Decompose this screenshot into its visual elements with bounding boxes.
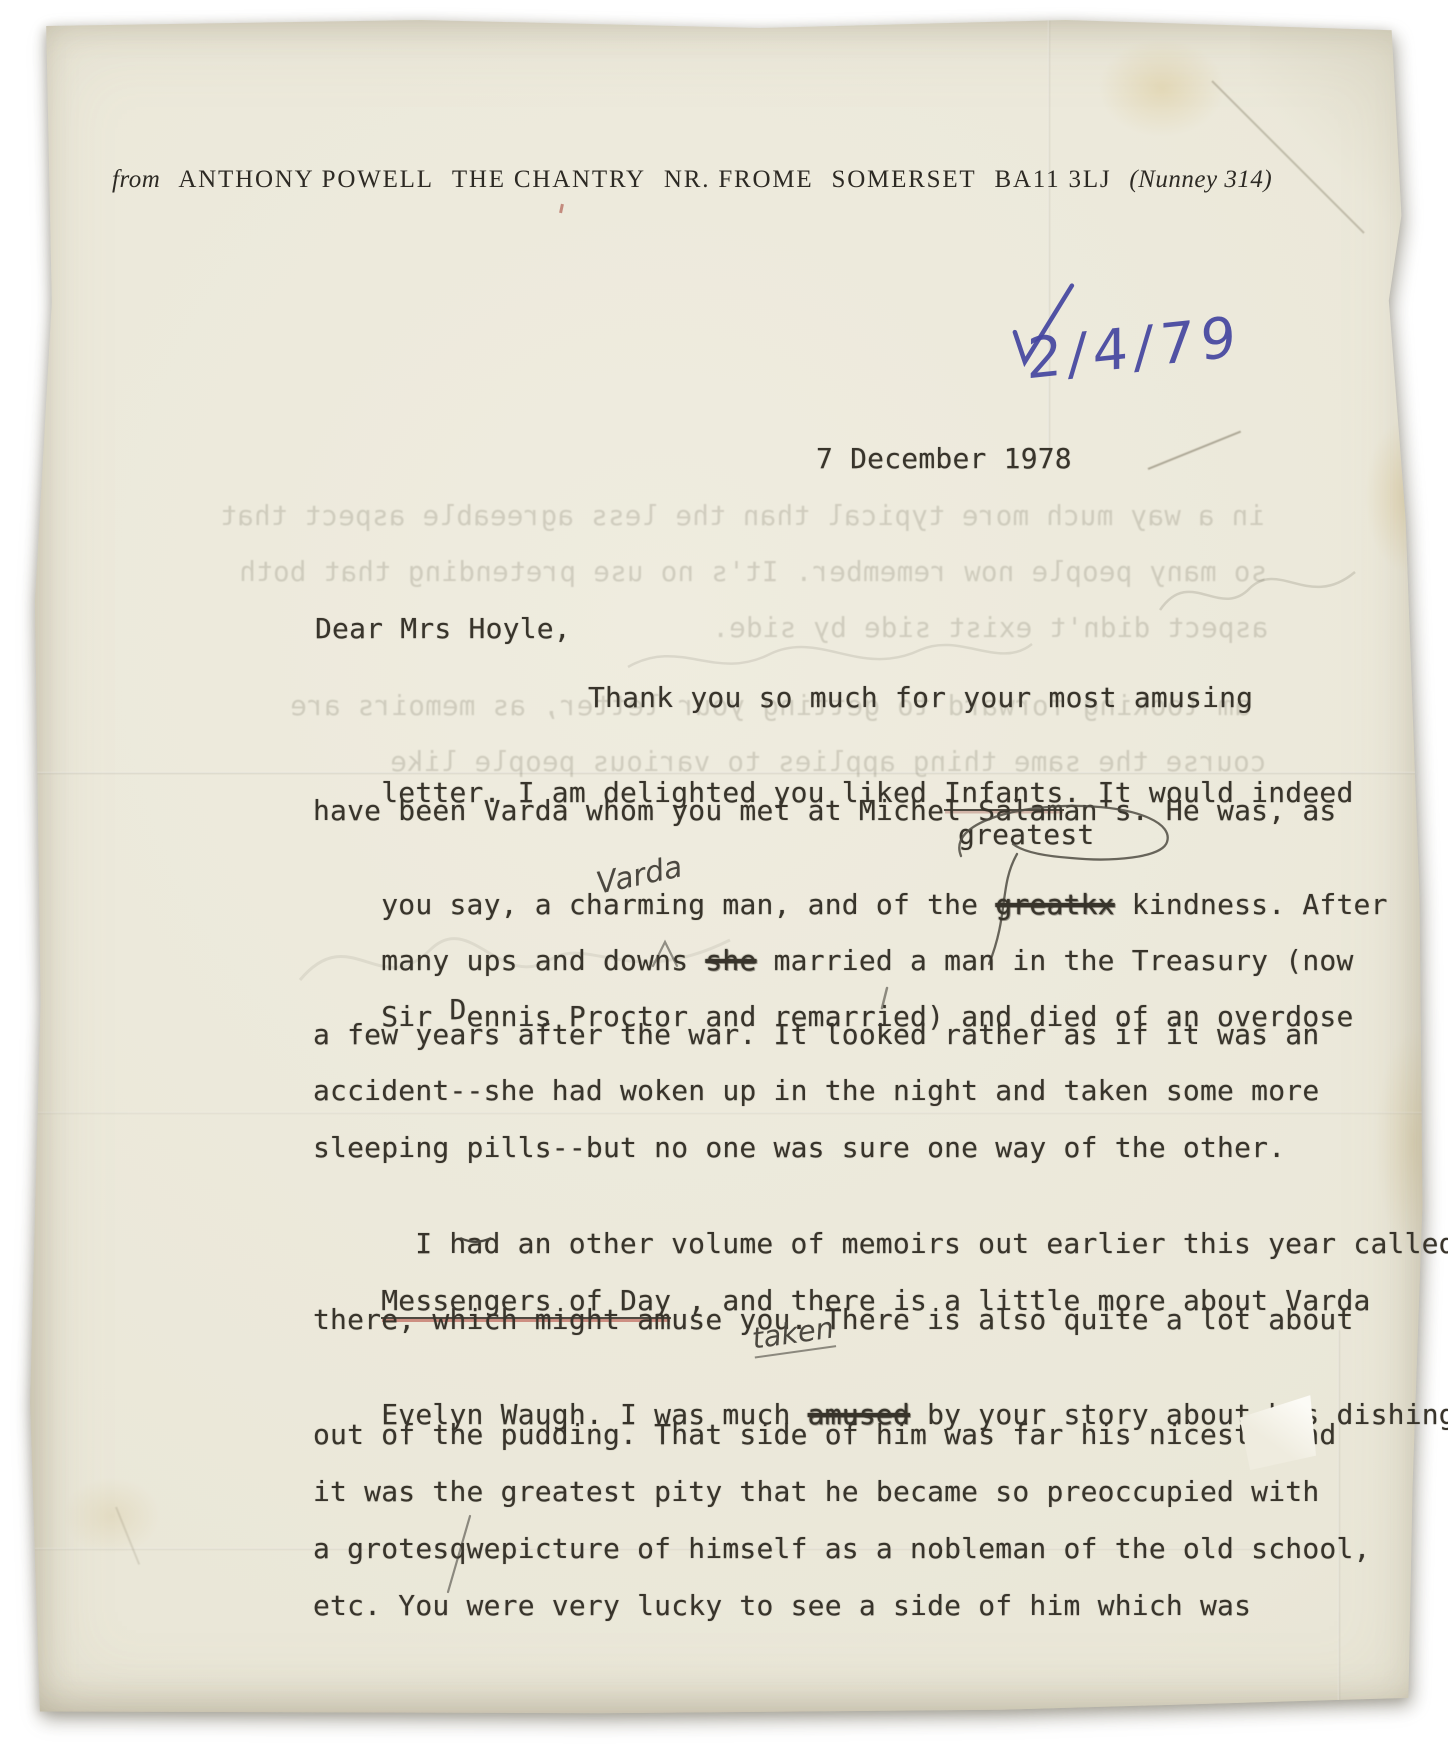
letterhead: from ANTHONY POWELL THE CHANTRY NR. FROM… <box>112 166 1272 194</box>
inserted-comma-mark <box>878 986 892 1012</box>
horizontal-fold-2 <box>28 1112 1428 1114</box>
letterhead-name: ANTHONY POWELL <box>178 166 434 194</box>
letterhead-from-label: from <box>112 166 160 194</box>
letterhead-county: SOMERSET <box>831 166 976 194</box>
letterhead-phone: (Nunney 314) <box>1129 166 1272 194</box>
letterhead-house: THE CHANTRY <box>452 166 646 194</box>
body-line: accident--she had woken up in the night … <box>313 1072 1319 1110</box>
bleedthrough-handwriting <box>1150 548 1370 638</box>
salutation: Dear Mrs Hoyle, <box>315 610 571 648</box>
bleedthrough-line: in a way much more typical than the less… <box>220 500 1265 532</box>
letterhead-postcode: BA11 3LJ <box>994 166 1111 194</box>
body-line: it was the greatest pity that he became … <box>313 1473 1319 1511</box>
letterhead-town: NR. FROME <box>664 166 814 194</box>
body-line: Thank you so much for your most amusing <box>588 679 1253 717</box>
tear-crease-right <box>1148 431 1241 470</box>
handwritten-separation-slash <box>440 1512 480 1597</box>
bleedthrough-line: so many people now remember. It's no use… <box>239 556 1267 588</box>
body-line: a few years after the war. It looked rat… <box>313 1016 1319 1054</box>
corner-fold-shading <box>1250 20 1400 270</box>
body-line: out of the pudding. That side of him was… <box>313 1416 1336 1454</box>
crease-left-bottom <box>115 1507 140 1565</box>
body-line: etc. You were very lucky to see a side o… <box>313 1587 1251 1625</box>
body-line: sleeping pills--but no one was sure one … <box>313 1129 1285 1167</box>
scanned-letter-page: in a way much more typical than the less… <box>0 0 1448 1753</box>
handwritten-tie-mark: ‿ <box>462 1204 489 1244</box>
letter-date: 7 December 1978 <box>816 440 1072 478</box>
